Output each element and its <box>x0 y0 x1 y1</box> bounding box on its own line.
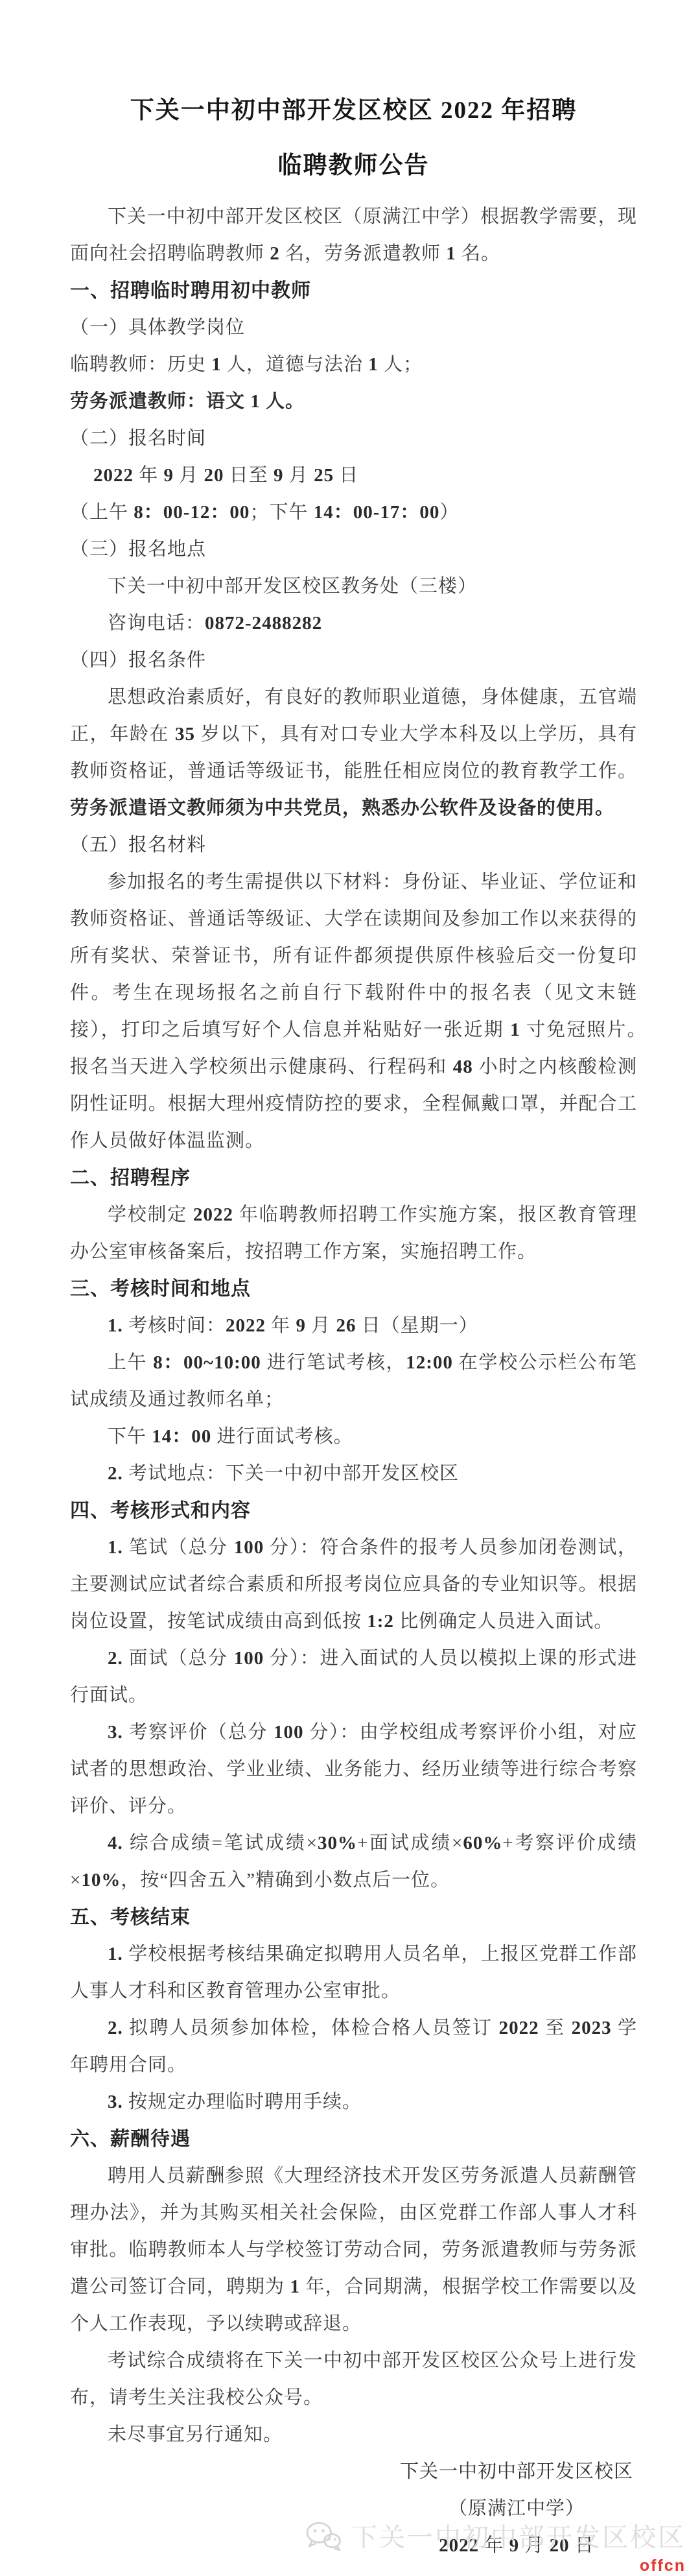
text-bold: 劳务派遣教师：语文 1 人。 <box>70 391 305 412</box>
text-run: 日至 <box>224 465 274 486</box>
text-bold: 1 <box>290 2276 300 2297</box>
paragraph: 下午 14：00 进行面试考核。 <box>70 1418 637 1455</box>
offcn-logo: offcn <box>305 2558 686 2573</box>
paragraph: 劳务派遣教师：语文 1 人。 <box>70 383 637 420</box>
text-bold: 30% <box>318 1833 357 1854</box>
title-spacer <box>70 193 637 198</box>
paragraph: 上午 8：00~10:00 进行笔试考核，12:00 在学校公示栏公布笔试成绩及… <box>70 1344 637 1418</box>
text-bold: 60% <box>463 1833 502 1854</box>
text-run: （原满江中学） <box>449 2498 585 2519</box>
text-run: 比例确定人员进入面试。 <box>394 1611 613 1632</box>
text-run: ，按“四舍五入”精确到小数点后一位。 <box>121 1870 450 1890</box>
paragraph: 聘用人员薪酬参照《大理经济技术开发区劳务派遣人员薪酬管理办法》，并为其购买相关社… <box>70 2158 637 2343</box>
text-run: 咨询电话： <box>108 613 205 634</box>
text-bold: 2. <box>108 1648 129 1669</box>
paragraph: 考试综合成绩将在下关一中初中部开发区校区公众号上进行发布，请考生关注我校公众号。 <box>70 2343 637 2416</box>
text-run: （三）报名地点 <box>70 539 206 560</box>
text-run: 上午 <box>108 1352 153 1373</box>
text-bold: 8：00~10:00 <box>153 1352 261 1373</box>
paragraph: 参加报名的考生需提供以下材料：身份证、毕业证、学位证和教师资格证、普通话等级证、… <box>70 864 637 1160</box>
sub-heading: （五）报名材料 <box>70 827 637 864</box>
paragraph: 2. 考试地点：下关一中初中部开发区校区 <box>70 1455 637 1492</box>
paragraph: 1. 笔试（总分 100 分）：符合条件的报考人员参加闭卷测试，主要测试应试者综… <box>70 1529 637 1640</box>
text-run: 名，劳务派遣教师 <box>285 243 441 264</box>
text-run: 二、招聘程序 <box>70 1167 191 1189</box>
text-run: 考试综合成绩将在下关一中初中部开发区校区公众号上进行发布，请考生关注我校公众号。 <box>70 2350 637 2408</box>
paragraph: 下关一中初中部开发区校区教务处（三楼） <box>70 568 637 605</box>
text-bold: 1. <box>108 1944 128 1964</box>
text-bold: 2022 <box>226 1315 266 1336</box>
text-bold: 0872-2488282 <box>205 613 322 634</box>
text-bold: 2022 <box>193 1204 233 1225</box>
text-run: 考核时间： <box>128 1315 226 1336</box>
document-blocks: 下关一中初中部开发区校区（原满江中学）根据教学需要，现面向社会招聘临聘教师 2 … <box>70 198 637 2564</box>
paragraph: 2022 年 9 月 20 日至 9 月 25 日 <box>70 457 637 494</box>
text-run: ） <box>439 502 459 523</box>
text-run: 学校制定 <box>108 1204 193 1225</box>
watermark-text: 下关一中初中部开发区校区 <box>351 2517 686 2554</box>
text-bold: 1. <box>108 1537 129 1558</box>
text-run: 年 <box>266 1315 296 1336</box>
announcement-title-line1: 下关一中初中部开发区校区 2022 年招聘 <box>70 83 637 138</box>
text-bold: 1 <box>504 1020 526 1040</box>
text-bold: 48 <box>447 1056 479 1077</box>
paragraph: 未尽事宜另行通知。 <box>70 2416 637 2453</box>
paragraph: 4. 综合成绩=笔试成绩×30%+面试成绩×60%+考察评价成绩×10%，按“四… <box>70 1825 637 1899</box>
text-bold: 劳务派遣语文教师须为中共党员，熟悉办公软件及设备的使用。 <box>70 798 614 818</box>
sub-heading: （一）具体教学岗位 <box>70 309 637 346</box>
text-run: （一）具体教学岗位 <box>70 317 245 338</box>
text-bold: 26 <box>336 1315 356 1336</box>
text-run: （五）报名材料 <box>70 835 206 855</box>
text-bold: 2023 <box>572 2018 612 2038</box>
text-bold: 9 <box>274 465 284 486</box>
text-bold: 14：00-17：00 <box>314 502 440 523</box>
text-bold: 100 <box>234 1537 264 1558</box>
paragraph: （上午 8：00-12：00；下午 14：00-17：00） <box>70 494 637 531</box>
text-run: 日（星期一） <box>356 1315 478 1336</box>
text-bold: 2. <box>108 2018 129 2038</box>
text-run: 六、薪酬待遇 <box>70 2129 191 2150</box>
text-run: 三、考核时间和地点 <box>70 1278 251 1300</box>
text-run: 下午 <box>108 1426 152 1447</box>
text-bold: 1 <box>206 354 227 375</box>
paragraph: 2. 面试（总分 100 分）：进入面试的人员以模拟上课的形式进行面试。 <box>70 1640 637 1714</box>
text-run: 五、考核结束 <box>70 1907 191 1928</box>
text-run: 考试地点：下关一中初中部开发区校区 <box>128 1463 459 1484</box>
text-bold: 3. <box>108 2092 128 2112</box>
text-run: 人； <box>384 354 423 375</box>
text-bold: 2022 <box>499 2018 539 2038</box>
text-run: 参加报名的考生需提供以下材料：身份证、毕业证、学位证和教师资格证、普通话等级证、… <box>70 872 637 1040</box>
text-run: 月 <box>306 1315 336 1336</box>
text-run: 下关一中初中部开发区校区 <box>400 2461 633 2482</box>
text-run: ；下午 <box>250 502 313 523</box>
paragraph: 3. 考察评价（总分 100 分）：由学校组成考察评价小组，对应试者的思想政治、… <box>70 1714 637 1825</box>
text-bold: 35 <box>169 724 201 745</box>
text-bold: 2 <box>264 243 285 264</box>
text-bold: 2022 <box>93 465 134 486</box>
text-bold: 12:00 <box>406 1352 453 1373</box>
text-run: 下关一中初中部开发区校区教务处（三楼） <box>108 576 477 597</box>
text-run: 名。 <box>461 243 500 264</box>
text-run: 进行笔试考核， <box>261 1352 406 1373</box>
text-run: +面试成绩× <box>357 1833 463 1854</box>
text-run: （上午 <box>70 502 134 523</box>
text-run: 按规定办理临时聘用手续。 <box>128 2092 362 2112</box>
text-bold: 1. <box>108 1315 128 1336</box>
text-run: （四）报名条件 <box>70 650 206 671</box>
text-run: 月 <box>284 465 314 486</box>
paragraph: 下关一中初中部开发区校区（原满江中学）根据教学需要，现面向社会招聘临聘教师 2 … <box>70 198 637 272</box>
text-run: 未尽事宜另行通知。 <box>108 2424 283 2445</box>
text-bold: 4. <box>108 1833 130 1854</box>
text-bold: 14：00 <box>152 1426 211 1447</box>
text-run: 一、招聘临时聘用初中教师 <box>70 280 311 302</box>
text-bold: 1 <box>441 243 461 264</box>
text-run: 拟聘人员须参加体检，体检合格人员签订 <box>129 2018 498 2038</box>
paragraph: 学校制定 2022 年临聘教师招聘工作实施方案，报区教育管理办公室审核备案后，按… <box>70 1197 637 1270</box>
text-bold: 20 <box>204 465 224 486</box>
text-bold: 9 <box>296 1315 307 1336</box>
paragraph: 临聘教师：历史 1 人，道德与法治 1 人； <box>70 346 637 383</box>
text-run: 年 <box>134 465 164 486</box>
text-bold: 8：00-12：00 <box>134 502 250 523</box>
announcement-title-line2: 临聘教师公告 <box>70 138 637 193</box>
text-bold: 1:2 <box>367 1611 394 1632</box>
announcement-body: 下关一中初中部开发区校区 2022 年招聘 临聘教师公告 下关一中初中部开发区校… <box>0 0 700 2564</box>
text-run: 临聘教师：历史 <box>70 354 206 375</box>
section-heading: 四、考核形式和内容 <box>70 1492 637 1529</box>
sub-heading: （四）报名条件 <box>70 642 637 679</box>
text-bold: 1 <box>363 354 384 375</box>
text-run: 笔试（总分 <box>129 1537 234 1558</box>
section-heading: 五、考核结束 <box>70 1899 637 1936</box>
text-bold: 25 <box>314 465 334 486</box>
text-run: 面试（总分 <box>129 1648 234 1669</box>
text-run: 人，道德与法治 <box>227 354 363 375</box>
paragraph: 思想政治素质好，有良好的教师职业道德，身体健康，五官端正，年龄在 35 岁以下，… <box>70 679 637 827</box>
footer-watermark: 下关一中初中部开发区校区 <box>305 2517 686 2554</box>
text-bold: 100 <box>234 1648 264 1669</box>
text-bold: 100 <box>274 1722 304 1743</box>
text-run: 综合成绩=笔试成绩× <box>130 1833 318 1854</box>
text-run: 四、考核形式和内容 <box>70 1500 251 1521</box>
text-run: （二）报名时间 <box>70 428 206 449</box>
paragraph: 1. 考核时间：2022 年 9 月 26 日（星期一） <box>70 1307 637 1344</box>
paragraph: 3. 按规定办理临时聘用手续。 <box>70 2084 637 2121</box>
section-heading: 六、薪酬待遇 <box>70 2121 637 2158</box>
paragraph: 1. 学校根据考核结果确定拟聘用人员名单，上报区党群工作部人事人才科和区教育管理… <box>70 1936 637 2010</box>
text-bold: 3. <box>108 1722 129 1743</box>
text-run: 考察评价（总分 <box>129 1722 274 1743</box>
document-page: { "page": { "background": "#ffffff", "bo… <box>0 0 700 2576</box>
text-run: 进行面试考核。 <box>211 1426 353 1447</box>
paragraph: 2. 拟聘人员须参加体检，体检合格人员签订 2022 至 2023 学年聘用合同… <box>70 2010 637 2084</box>
paragraph: 咨询电话：0872-2488282 <box>70 605 637 642</box>
sub-heading: （三）报名地点 <box>70 531 637 568</box>
text-run: 至 <box>539 2018 572 2038</box>
text-bold: 2. <box>108 1463 128 1484</box>
section-heading: 二、招聘程序 <box>70 1160 637 1197</box>
text-bold: 9 <box>164 465 174 486</box>
text-run: 日 <box>334 465 358 486</box>
signature-line: 下关一中初中部开发区校区 <box>396 2453 637 2490</box>
sub-heading: （二）报名时间 <box>70 420 637 457</box>
section-heading: 一、招聘临时聘用初中教师 <box>70 272 637 309</box>
wechat-icon <box>305 2520 342 2551</box>
page-footer: 下关一中初中部开发区校区 offcn <box>305 2517 686 2573</box>
text-run: 月 <box>174 465 204 486</box>
section-heading: 三、考核时间和地点 <box>70 1270 637 1307</box>
text-bold: 10% <box>81 1870 121 1890</box>
text-run: 学校根据考核结果确定拟聘用人员名单，上报区党群工作部人事人才科和区教育管理办公室… <box>70 1944 637 2001</box>
